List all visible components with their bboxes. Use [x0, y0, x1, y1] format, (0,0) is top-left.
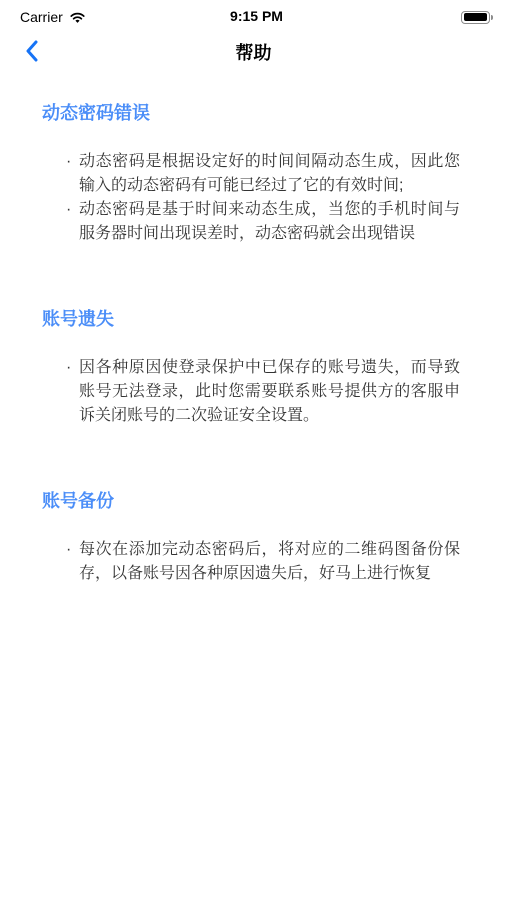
- page-title: 帮助: [236, 39, 272, 65]
- bullet-list: 每次在添加完动态密码后，将对应的二维码图备份保存，以备账号因各种原因遗失后，好马…: [66, 538, 460, 586]
- section-account-lost: 账号遗失 因各种原因使登录保护中已保存的账号遗失，而导致账号无法登录，此时您需要…: [42, 308, 471, 428]
- nav-bar: 帮助: [0, 30, 507, 74]
- section-heading: 账号遗失: [42, 308, 471, 330]
- help-bullet: 动态密码是基于时间来动态生成，当您的手机时间与服务器时间出现误差时，动态密码就会…: [66, 198, 460, 246]
- status-bar-left: Carrier: [20, 9, 230, 25]
- section-otp-error: 动态密码错误 动态密码是根据设定好的时间间隔动态生成，因此您输入的动态密码有可能…: [42, 102, 471, 246]
- status-bar-right: [283, 11, 493, 24]
- help-bullet: 动态密码是根据设定好的时间间隔动态生成，因此您输入的动态密码有可能已经过了它的有…: [66, 150, 460, 198]
- help-bullet: 每次在添加完动态密码后，将对应的二维码图备份保存，以备账号因各种原因遗失后，好马…: [66, 538, 460, 586]
- section-account-backup: 账号备份 每次在添加完动态密码后，将对应的二维码图备份保存，以备账号因各种原因遗…: [42, 490, 471, 586]
- wifi-icon: [69, 11, 86, 24]
- battery-full-icon: [461, 11, 490, 24]
- status-time: 9:15 PM: [230, 8, 283, 24]
- section-heading: 账号备份: [42, 490, 471, 512]
- section-heading: 动态密码错误: [42, 102, 471, 124]
- help-screen: Carrier 9:15 PM: [0, 0, 507, 900]
- chevron-left-icon: [25, 40, 38, 65]
- status-bar-center: 9:15 PM: [230, 8, 283, 26]
- status-bar: Carrier 9:15 PM: [0, 0, 507, 30]
- bullet-list: 动态密码是根据设定好的时间间隔动态生成，因此您输入的动态密码有可能已经过了它的有…: [66, 150, 460, 246]
- back-button[interactable]: [14, 36, 48, 68]
- help-content: 动态密码错误 动态密码是根据设定好的时间间隔动态生成，因此您输入的动态密码有可能…: [0, 74, 507, 586]
- bullet-list: 因各种原因使登录保护中已保存的账号遗失，而导致账号无法登录，此时您需要联系账号提…: [66, 356, 460, 428]
- carrier-label: Carrier: [20, 9, 63, 25]
- help-bullet: 因各种原因使登录保护中已保存的账号遗失，而导致账号无法登录，此时您需要联系账号提…: [66, 356, 460, 428]
